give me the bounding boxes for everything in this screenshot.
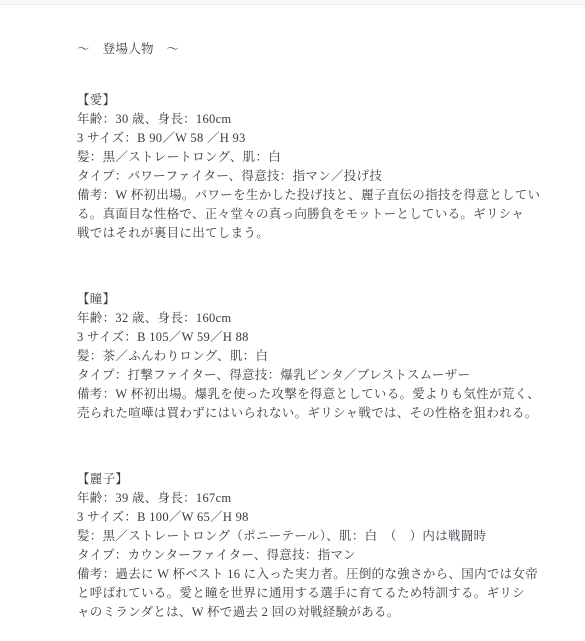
text-line-age: 年齢：30 歳、身長：160cm: [77, 110, 517, 129]
text-line-hair: 髪：黒／ストレートロング、肌：白: [77, 148, 517, 167]
page-title: ～ 登場人物 ～: [77, 40, 517, 59]
text-line-hair: 髪：茶／ふんわりロング、肌：白: [77, 347, 517, 366]
top-edge-strip: [0, 0, 585, 5]
character-section-hitomi: 【瞳】 年齢：32 歳、身長：160cm 3 サイズ：B 105／W 59／H …: [77, 290, 517, 423]
text-line-notes-2: と呼ばれている。愛と瞳を世界に通用する選手に育てるため特訓する。ギリシ: [77, 584, 517, 603]
document-page: ～ 登場人物 ～ 【愛】 年齢：30 歳、身長：160cm 3 サイズ：B 90…: [0, 0, 585, 641]
character-section-reiko: 【麗子】 年齢：39 歳、身長：167cm 3 サイズ：B 100／W 65／H…: [77, 470, 517, 622]
text-line-notes-1: 備考：W 杯初出場。パワーを生かした投げ技と、麗子直伝の指技を得意としてい: [77, 186, 517, 205]
character-name: 【瞳】: [77, 290, 517, 309]
text-line-notes-3: 戦ではそれが裏目に出てしまう。: [77, 224, 517, 243]
text-line-type: タイプ：パワーファイター、得意技：指マン／投げ技: [77, 167, 517, 186]
text-line-age: 年齢：32 歳、身長：160cm: [77, 309, 517, 328]
character-name: 【麗子】: [77, 470, 517, 489]
text-line-notes-1: 備考：W 杯初出場。爆乳を使った攻撃を得意としている。愛よりも気性が荒く、: [77, 385, 517, 404]
text-line-age: 年齢：39 歳、身長：167cm: [77, 489, 517, 508]
text-line-type: タイプ：カウンターファイター、得意技：指マン: [77, 546, 517, 565]
text-line-notes-2: 売られた喧嘩は買わずにはいられない。ギリシャ戦では、その性格を狙われる。: [77, 404, 517, 423]
text-line-notes-1: 備考：過去に W 杯ベスト 16 に入った実力者。圧倒的な強さから、国内では女帝: [77, 565, 517, 584]
text-line-hair: 髪：黒／ストレートロング（ポニーテール）、肌：白 （ ）内は戦闘時: [77, 527, 517, 546]
text-line-sizes: 3 サイズ：B 105／W 59／H 88: [77, 328, 517, 347]
character-section-ai: 【愛】 年齢：30 歳、身長：160cm 3 サイズ：B 90／W 58 ／H …: [77, 91, 517, 243]
text-line-type: タイプ：打撃ファイター、得意技：爆乳ビンタ／ブレストスムーザー: [77, 366, 517, 385]
character-name: 【愛】: [77, 91, 517, 110]
text-line-sizes: 3 サイズ：B 100／W 65／H 98: [77, 508, 517, 527]
document-body: ～ 登場人物 ～ 【愛】 年齢：30 歳、身長：160cm 3 サイズ：B 90…: [77, 40, 517, 622]
text-line-notes-3: ャのミランダとは、W 杯で過去 2 回の対戦経験がある。: [77, 603, 517, 622]
text-line-sizes: 3 サイズ：B 90／W 58 ／H 93: [77, 129, 517, 148]
text-line-notes-2: る。真面目な性格で、正々堂々の真っ向勝負をモットーとしている。ギリシャ: [77, 205, 517, 224]
